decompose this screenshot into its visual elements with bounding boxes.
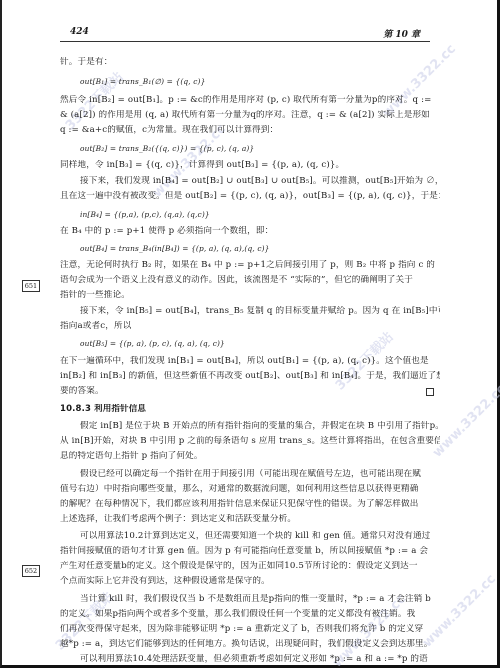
- text-line: 注意，无论何时执行 B₂ 时，如果在 B₄ 中 p := p+1之后间接引用了 …: [60, 260, 440, 271]
- text-line: q := &a+c的赋值，c为常量。现在我们可以计算得到：: [60, 125, 440, 136]
- text-line: 针。于是有：: [60, 57, 440, 68]
- equation: out[B₁] = trans_B₁(∅) = {(q, c)}: [80, 76, 460, 87]
- text-line: 同样地，令 in[B₃] = {(q, c)}，计算得到 out[B₃] = {…: [60, 160, 440, 171]
- text-line: 接下来，令 in[B₅] = out[B₄]，trans_B₅ 复制 q 的目标…: [80, 306, 440, 317]
- text-line: 且在这一遍中没有被改变。但是 out[B₂] = {(p, c), (q, a)…: [60, 191, 440, 202]
- text-line: 上述选择，让我们考虑两个例子：到达定义和活跃变量分析。: [60, 514, 440, 525]
- text-line: 的解呢？在每种情况下，我们都应该利用指针信息来保证只犯保守性的错误。为了解怎样做…: [60, 499, 440, 510]
- text-line: 从 in[B]开始，对块 B 中引用 p 之前的每条语句 s 应用 trans_…: [60, 436, 440, 447]
- equation: out[B₄] = trans_B₄(in[B₄]) = {(p, a), (q…: [80, 243, 460, 254]
- text-line: 当计算 kill 时，我们假设仅当 b 不是数组而且是p指向的惟一变量时，*p …: [80, 594, 440, 605]
- text-line: 越*p := a，到达它们能够到达的任何地方。换句话说，出现疑问时，我们假设定义…: [60, 639, 440, 650]
- text-line: 然后令 in[B₂] = out[B₁]。p := &c的作用是用序对 (p, …: [60, 95, 440, 106]
- text-line: 假定 in[B] 是位于块 B 开始点的所有指针指向的变量的集合，并假定在块 B…: [80, 421, 440, 432]
- text-line: in[B₂] 和 in[B₃] 的新值，但这些新值不再改变 out[B₂]、ou…: [60, 371, 440, 382]
- text-line: 值号右边）中时指向哪些变量，那么，对通常的数据流问题，如何利用这些信息以获得更精…: [60, 484, 440, 495]
- text-line: 接下来，我们发现 in[B₄] = out[B₂] ∪ out[B₃] ∪ ou…: [80, 176, 440, 187]
- text-line: & (a[2]) 的作用是用 (q, a) 取代所有第一分量为q的序对。注意，q…: [60, 110, 440, 121]
- text-line: 个点而实际上它并没有到达，这种假设通常是保守的。: [60, 576, 440, 587]
- text-line: 假设已经可以确定每一个指针在用于间接引用（可能出现在赋值号左边，也可能出现在赋: [80, 469, 440, 480]
- text-line: 在 B₄ 中的 p := p+1 使得 p 必须指向一个数组，即：: [60, 226, 440, 237]
- chapter-title: 第 10 章: [383, 27, 420, 40]
- text-line: 们再次变得保守起来，因为除非能够证明 *p := a 重新定义了 b，否则我们将…: [60, 624, 440, 635]
- page-header: 424 第 10 章: [60, 27, 430, 42]
- text-line: 可以用算法10.2计算到达定义，但还需要知道一个块的 kill 和 gen 值。…: [80, 531, 440, 542]
- qed-box-icon: [426, 388, 434, 396]
- section-heading: 10.8.3 利用指针信息: [60, 404, 440, 415]
- margin-page-ref: 652: [22, 565, 40, 577]
- page-number: 424: [70, 27, 89, 37]
- text-line: 产生对任意变量b的定义。这个假设是保守的，因为正如同10.5节所讨论的：假设定义…: [60, 561, 440, 572]
- text-line: 语句会成为一个语义上没有意义的动作。因此，该流图是不 “实际的”，但它的确阐明了…: [60, 275, 440, 286]
- text-line: 指向a或者c，所以: [60, 321, 440, 332]
- text-line: 指针的一些推论。: [60, 290, 440, 301]
- text-line: 指针间接赋值的语句才计算 gen 值。因为 p 有可能指向任意变量 b，所以间接…: [60, 546, 440, 557]
- text-line: 要的答案。: [60, 386, 440, 397]
- equation: in[B₄] = {(p,a), (p,c), (q,a), (q,c)}: [80, 209, 460, 220]
- text-line: 可以利用算法10.4处理活跃变量，但必须重新考虑如何定义形如 *p := a 和…: [80, 654, 440, 665]
- margin-page-ref: 651: [22, 280, 40, 292]
- equation: out[B₂] = trans_B₂({(q, c)}) = {(p, c), …: [80, 143, 460, 154]
- text-line: 在下一遍循环中，我们发现 in[B₁] = out[B₄]，所以 out[B₁]…: [60, 356, 440, 367]
- equation: out[B₅] = {(p, a), (p, c), (q, a), (q, c…: [80, 338, 460, 349]
- text-line: 息的特定语句上指针 p 指向了何处。: [60, 451, 440, 462]
- text-line: 的定义。如果p指向两个或者多个变量，那么我们假设任何一个变量的定义都没有被注销。…: [60, 609, 440, 620]
